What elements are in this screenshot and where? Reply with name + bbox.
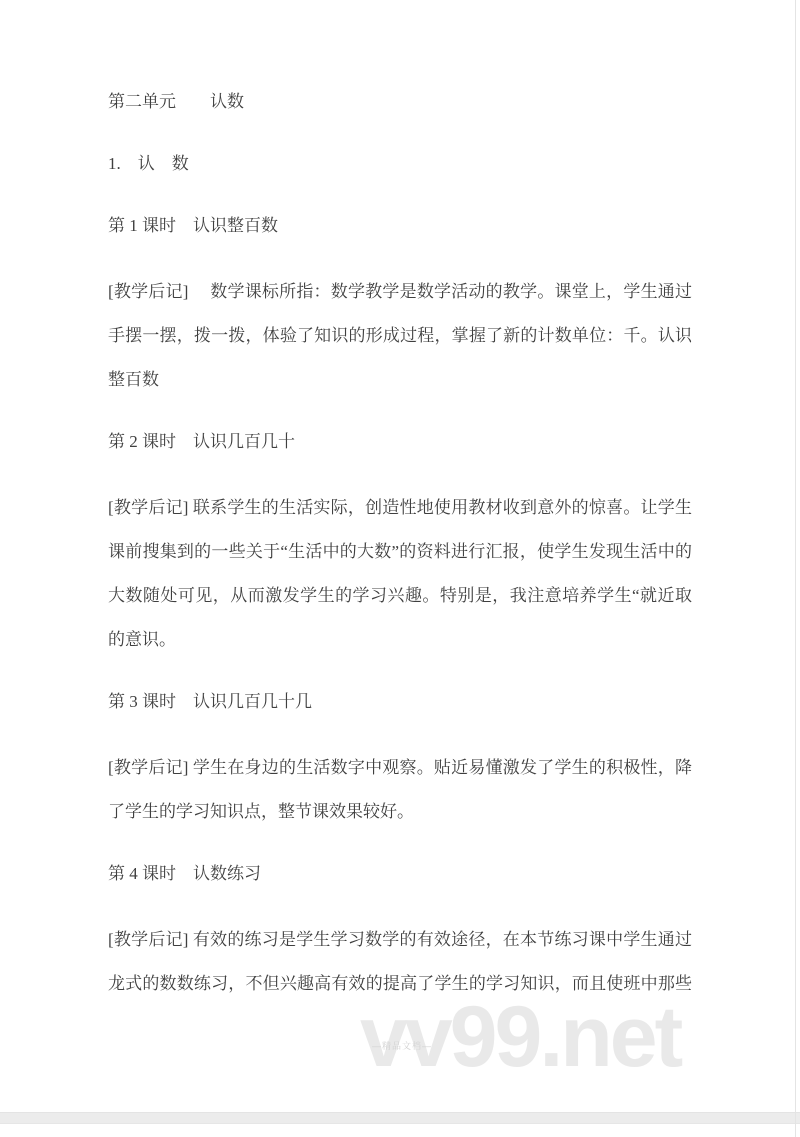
document-page: 第二单元 认数1. 认 数第 1 课时 认识整百数[教学后记] 数学课标所指：数…: [0, 0, 795, 1112]
text-line: 的意识。: [108, 618, 692, 662]
text-line: 手摆一摆，拨一拨，体验了知识的形成过程，掌握了新的计数单位：千。认识了: [108, 314, 692, 358]
heading-block: 第 4 课时 认数练习: [108, 852, 692, 896]
text-line: [教学后记] 有效的练习是学生学习数学的有效途径，在本节练习课中学生通过接: [108, 918, 692, 962]
page-edge-line: [795, 0, 796, 1137]
page-gap: [0, 1112, 800, 1124]
text-line: [教学后记] 联系学生的生活实际，创造性地使用教材收到意外的惊喜。让学生把: [108, 486, 692, 530]
paragraph-block: [教学后记] 学生在身边的生活数字中观察。贴近易懂激发了学生的积极性，降低了学生…: [108, 746, 692, 834]
heading-line: 第二单元 认数: [108, 80, 692, 124]
heading-line: 1. 认 数: [108, 142, 692, 186]
paragraph-block: [教学后记] 有效的练习是学生学习数学的有效途径，在本节练习课中学生通过接龙式的…: [108, 918, 692, 1006]
heading-block: 第二单元 认数: [108, 80, 692, 124]
heading-block: 第 1 课时 认识整百数: [108, 204, 692, 248]
text-line: [教学后记] 学生在身边的生活数字中观察。贴近易懂激发了学生的积极性，降低: [108, 746, 692, 790]
heading-line: 第 3 课时 认识几百几十几: [108, 680, 692, 724]
text-line: 课前搜集到的一些关于“生活中的大数”的资料进行汇报，使学生发现生活中的: [108, 530, 692, 574]
text-line: 龙式的数数练习，不但兴趣高有效的提高了学生的学习知识，而且使班中那些潜: [108, 962, 692, 1006]
heading-block: 1. 认 数: [108, 142, 692, 186]
heading-line: 第 4 课时 认数练习: [108, 852, 692, 896]
document-content: 第二单元 认数1. 认 数第 1 课时 认识整百数[教学后记] 数学课标所指：数…: [108, 80, 692, 1006]
heading-line: 第 1 课时 认识整百数: [108, 204, 692, 248]
text-line: 大数随处可见，从而激发学生的学习兴趣。特别是，我注意培养学生“就近取材”: [108, 574, 692, 618]
heading-block: 第 2 课时 认识几百几十: [108, 420, 692, 464]
next-page-top: [0, 1124, 795, 1137]
paragraph-block: [教学后记] 数学课标所指：数学教学是数学活动的教学。课堂上，学生通过动手摆一摆…: [108, 270, 692, 402]
paragraph-block: [教学后记] 联系学生的生活实际，创造性地使用教材收到意外的惊喜。让学生把课前搜…: [108, 486, 692, 662]
text-line: [教学后记] 数学课标所指：数学教学是数学活动的教学。课堂上，学生通过动: [108, 270, 692, 314]
heading-line: 第 2 课时 认识几百几十: [108, 420, 692, 464]
heading-block: 第 3 课时 认识几百几十几: [108, 680, 692, 724]
text-line: 整百数: [108, 358, 692, 402]
text-line: 了学生的学习知识点，整节课效果较好。: [108, 790, 692, 834]
watermark: vv99.net: [360, 994, 680, 1080]
page-footer-text: —精品文档—: [372, 1040, 432, 1052]
